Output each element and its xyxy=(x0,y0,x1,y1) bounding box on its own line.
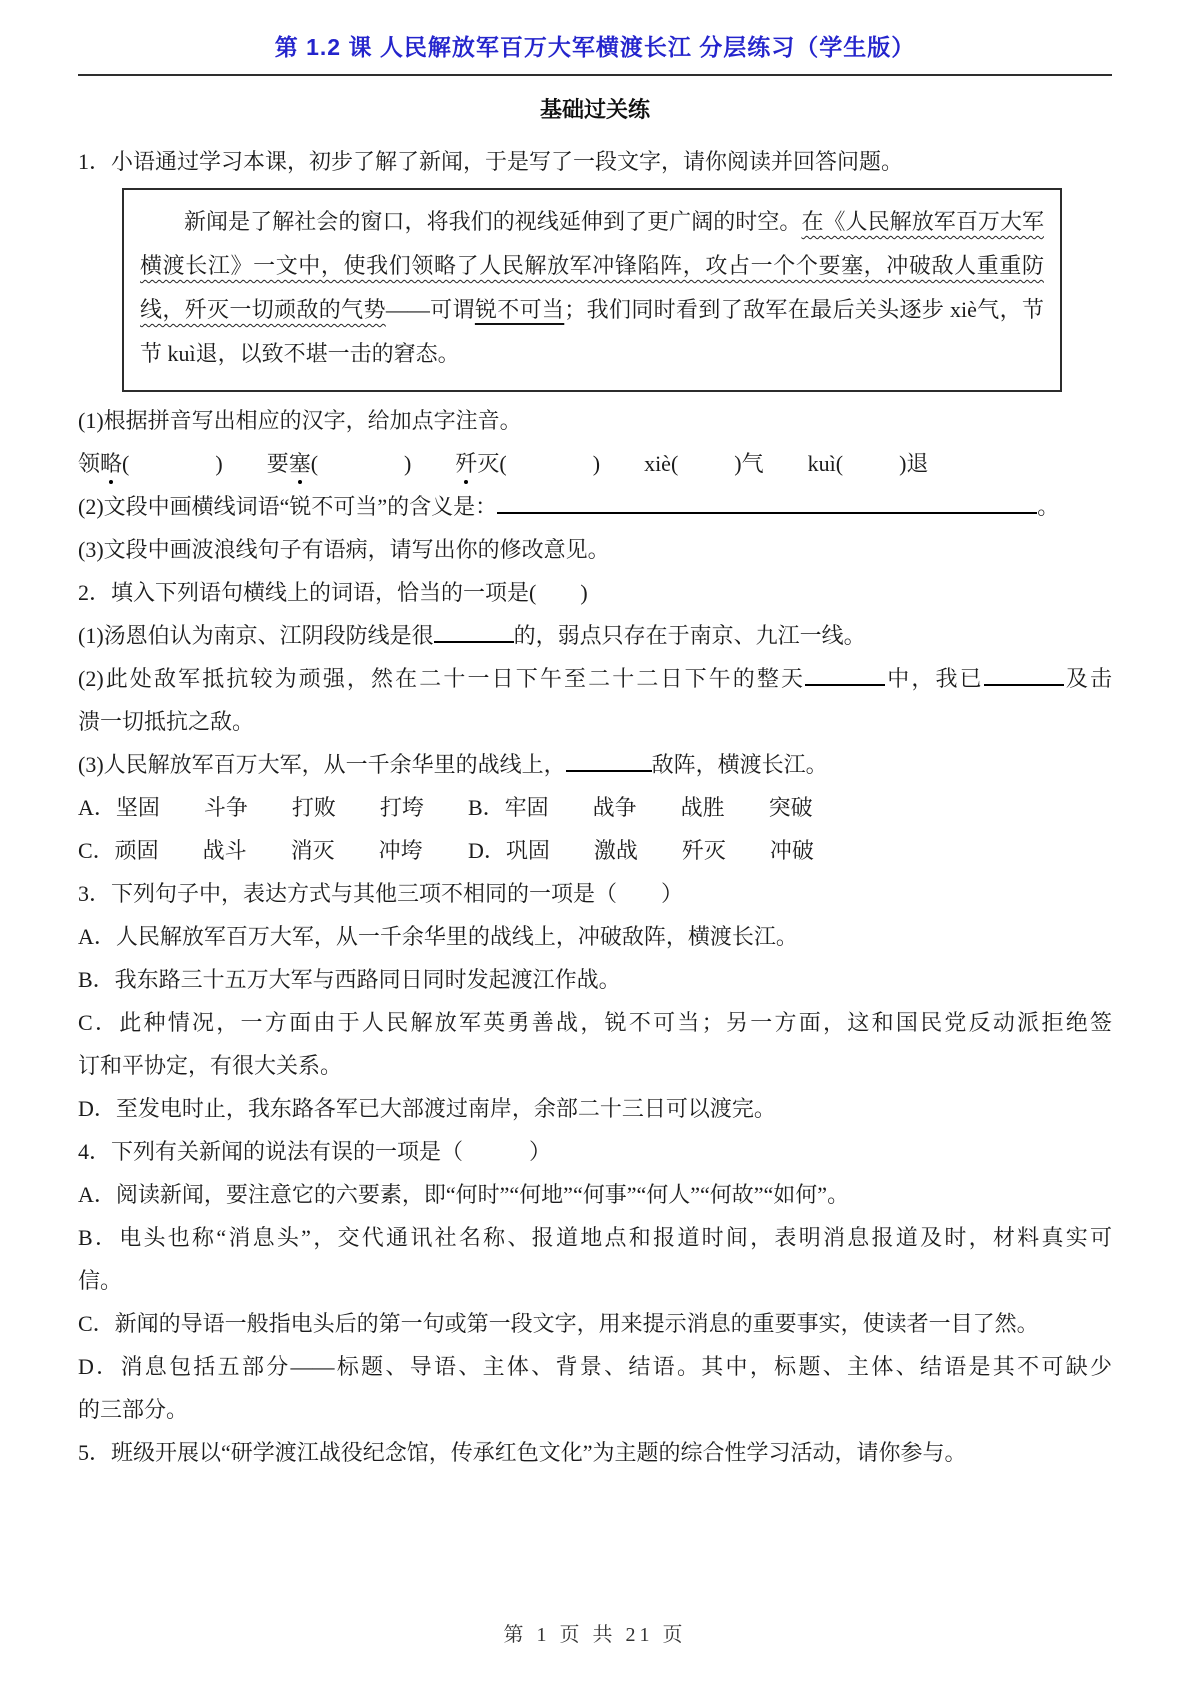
q2-sub1: (1)汤恩伯认为南京、江阴段防线是很的，弱点只存在于南京、九江一线。 xyxy=(78,614,1112,657)
pinyin-item-kui: kuì()退 xyxy=(808,451,929,476)
q1-sub2: (2)文段中画横线词语“锐不可当”的含义是：。 xyxy=(78,485,1112,528)
q3-option-B: B．我东路三十五万大军与西路同日同时发起渡江作战。 xyxy=(78,958,1112,1001)
pinyin-latin: kuì xyxy=(808,451,836,476)
answer-blank xyxy=(805,670,885,686)
paren-close: ) xyxy=(404,451,411,476)
q1-sub2-period: 。 xyxy=(1037,494,1059,519)
pinyin-char: 气 xyxy=(742,451,764,476)
q4-option-B-line2: 信。 xyxy=(78,1259,1112,1302)
passage-box: 新闻是了解社会的窗口，将我们的视线延伸到了更广阔的时空。在《人民解放军百万大军横… xyxy=(122,188,1062,392)
q1-sub2-text: (2)文段中画横线词语“锐不可当”的含义是： xyxy=(78,494,497,519)
q2-sub2-line1: (2)此处敌军抵抗较为顽强，然在二十一日下午至二十二日下午的整天中，我已及击 xyxy=(78,657,1112,700)
q1-sub3: (3)文段中画波浪线句子有语病，请写出你的修改意见。 xyxy=(78,528,1112,571)
q2-options-row1: A．坚固 斗争 打败 打垮B．牢固 战争 战胜 突破 xyxy=(78,786,1112,829)
q3-option-C-line1: C．此种情况，一方面由于人民解放军英勇善战，锐不可当；另一方面，这和国民党反动派… xyxy=(78,1001,1112,1044)
q2-option-A: A．坚固 斗争 打败 打垮 xyxy=(78,786,468,829)
q2-sub2-pre: (2)此处敌军抵抗较为顽强，然在二十一日下午至二十二日下午的整天 xyxy=(78,666,805,691)
pinyin-item-yaosai: 要塞() xyxy=(267,451,412,476)
paren-open: ( xyxy=(311,451,318,476)
q3-option-C-line2: 订和平协定，有很大关系。 xyxy=(78,1044,1112,1087)
passage-segment-mid: ——可谓 xyxy=(386,297,475,322)
dotted-char: 略 xyxy=(100,451,122,476)
q2-sub3-tail: 敌阵，横渡长江。 xyxy=(652,752,828,777)
q2-sub2-mid: 中，我已 xyxy=(885,666,984,691)
q3-stem: 3．下列句子中，表达方式与其他三项不相同的一项是（ ） xyxy=(78,872,1112,915)
q2-option-C: C．顽固 战斗 消灭 冲垮 xyxy=(78,829,468,872)
passage-text: 新闻是了解社会的窗口，将我们的视线延伸到了更广阔的时空。在《人民解放军百万大军横… xyxy=(140,200,1044,376)
paren-open: ( xyxy=(499,451,506,476)
paren-close: ) xyxy=(734,451,741,476)
q4-option-C: C．新闻的导语一般指电头后的第一句或第一段文字，用来提示消息的重要事实，使读者一… xyxy=(78,1302,1112,1345)
dotted-char: 歼 xyxy=(455,451,477,476)
answer-blank xyxy=(984,670,1064,686)
passage-segment-lead: 新闻是了解社会的窗口，将我们的视线延伸到了更广阔的时空。 xyxy=(184,209,801,234)
q4-stem: 4．下列有关新闻的说法有误的一项是（ ） xyxy=(78,1130,1112,1173)
pinyin-item-xie: xiè()气 xyxy=(644,451,764,476)
pinyin-char: 要 xyxy=(267,451,289,476)
footer-page-number: 第 1 页 共 21 页 xyxy=(78,1614,1112,1657)
q4-option-A: A．阅读新闻，要注意它的六要素，即“何时”“何地”“何事”“何人”“何故”“如何… xyxy=(78,1173,1112,1216)
q1-pinyin-row: 领略()要塞()歼灭()xiè()气kuì()退 xyxy=(78,442,1112,485)
q2-sub3-pre: (3)人民解放军百万大军，从一千余华里的战线上， xyxy=(78,752,566,777)
q2-option-D: D．巩固 激战 歼灭 冲破 xyxy=(468,829,814,872)
paren-open: ( xyxy=(671,451,678,476)
q2-stem: 2．填入下列语句横线上的词语，恰当的一项是( ) xyxy=(78,571,1112,614)
q2-sub2-line2: 溃一切抵抗之敌。 xyxy=(78,700,1112,743)
pinyin-char: 领 xyxy=(78,451,100,476)
passage-underlined-word: 锐不可当 xyxy=(475,297,564,322)
paren-open: ( xyxy=(122,451,129,476)
pinyin-item-linglue: 领略() xyxy=(78,451,223,476)
q3-option-D: D．至发电时止，我东路各军已大部渡过南岸，余部二十三日可以渡完。 xyxy=(78,1087,1112,1130)
pinyin-char: 灭 xyxy=(477,451,499,476)
q4-option-B-line1: B．电头也称“消息头”，交代通讯社名称、报道地点和报道时间，表明消息报道及时，材… xyxy=(78,1216,1112,1259)
worksheet-page: 第 1.2 课 人民解放军百万大军横渡长江 分层练习（学生版） 基础过关练 1．… xyxy=(0,0,1190,1657)
pinyin-latin: xiè xyxy=(644,451,671,476)
q1-sub1: (1)根据拼音写出相应的汉字，给加点字注音。 xyxy=(78,399,1112,442)
dotted-char: 塞 xyxy=(289,451,311,476)
section-heading: 基础过关练 xyxy=(78,90,1112,130)
q3-option-A: A．人民解放军百万大军，从一千余华里的战线上，冲破敌阵，横渡长江。 xyxy=(78,915,1112,958)
q2-sub3: (3)人民解放军百万大军，从一千余华里的战线上，敌阵，横渡长江。 xyxy=(78,743,1112,786)
header-divider xyxy=(78,74,1112,76)
q2-sub1-pre: (1)汤恩伯认为南京、江阴段防线是很 xyxy=(78,623,434,648)
pinyin-char: 退 xyxy=(906,451,928,476)
q4-option-D-line1: D．消息包括五部分——标题、导语、主体、背景、结语。其中，标题、主体、结语是其不… xyxy=(78,1345,1112,1388)
answer-blank xyxy=(497,498,1037,514)
q2-sub1-tail: 的，弱点只存在于南京、九江一线。 xyxy=(514,623,866,648)
pinyin-item-jianmie: 歼灭() xyxy=(455,451,600,476)
q4-option-D-line2: 的三部分。 xyxy=(78,1388,1112,1431)
q1-stem: 1．小语通过学习本课，初步了解了新闻，于是写了一段文字，请你阅读并回答问题。 xyxy=(78,140,1112,183)
q2-options-row2: C．顽固 战斗 消灭 冲垮D．巩固 激战 歼灭 冲破 xyxy=(78,829,1112,872)
paren-close: ) xyxy=(215,451,222,476)
q2-sub2-tail1: 及击 xyxy=(1064,666,1112,691)
page-title: 第 1.2 课 人民解放军百万大军横渡长江 分层练习（学生版） xyxy=(78,30,1112,64)
paren-close: ) xyxy=(593,451,600,476)
answer-blank xyxy=(434,627,514,643)
q2-option-B: B．牢固 战争 战胜 突破 xyxy=(468,786,813,829)
q5-stem: 5．班级开展以“研学渡江战役纪念馆，传承红色文化”为主题的综合性学习活动，请你参… xyxy=(78,1431,1112,1474)
paren-open: ( xyxy=(836,451,843,476)
answer-blank xyxy=(566,756,652,772)
